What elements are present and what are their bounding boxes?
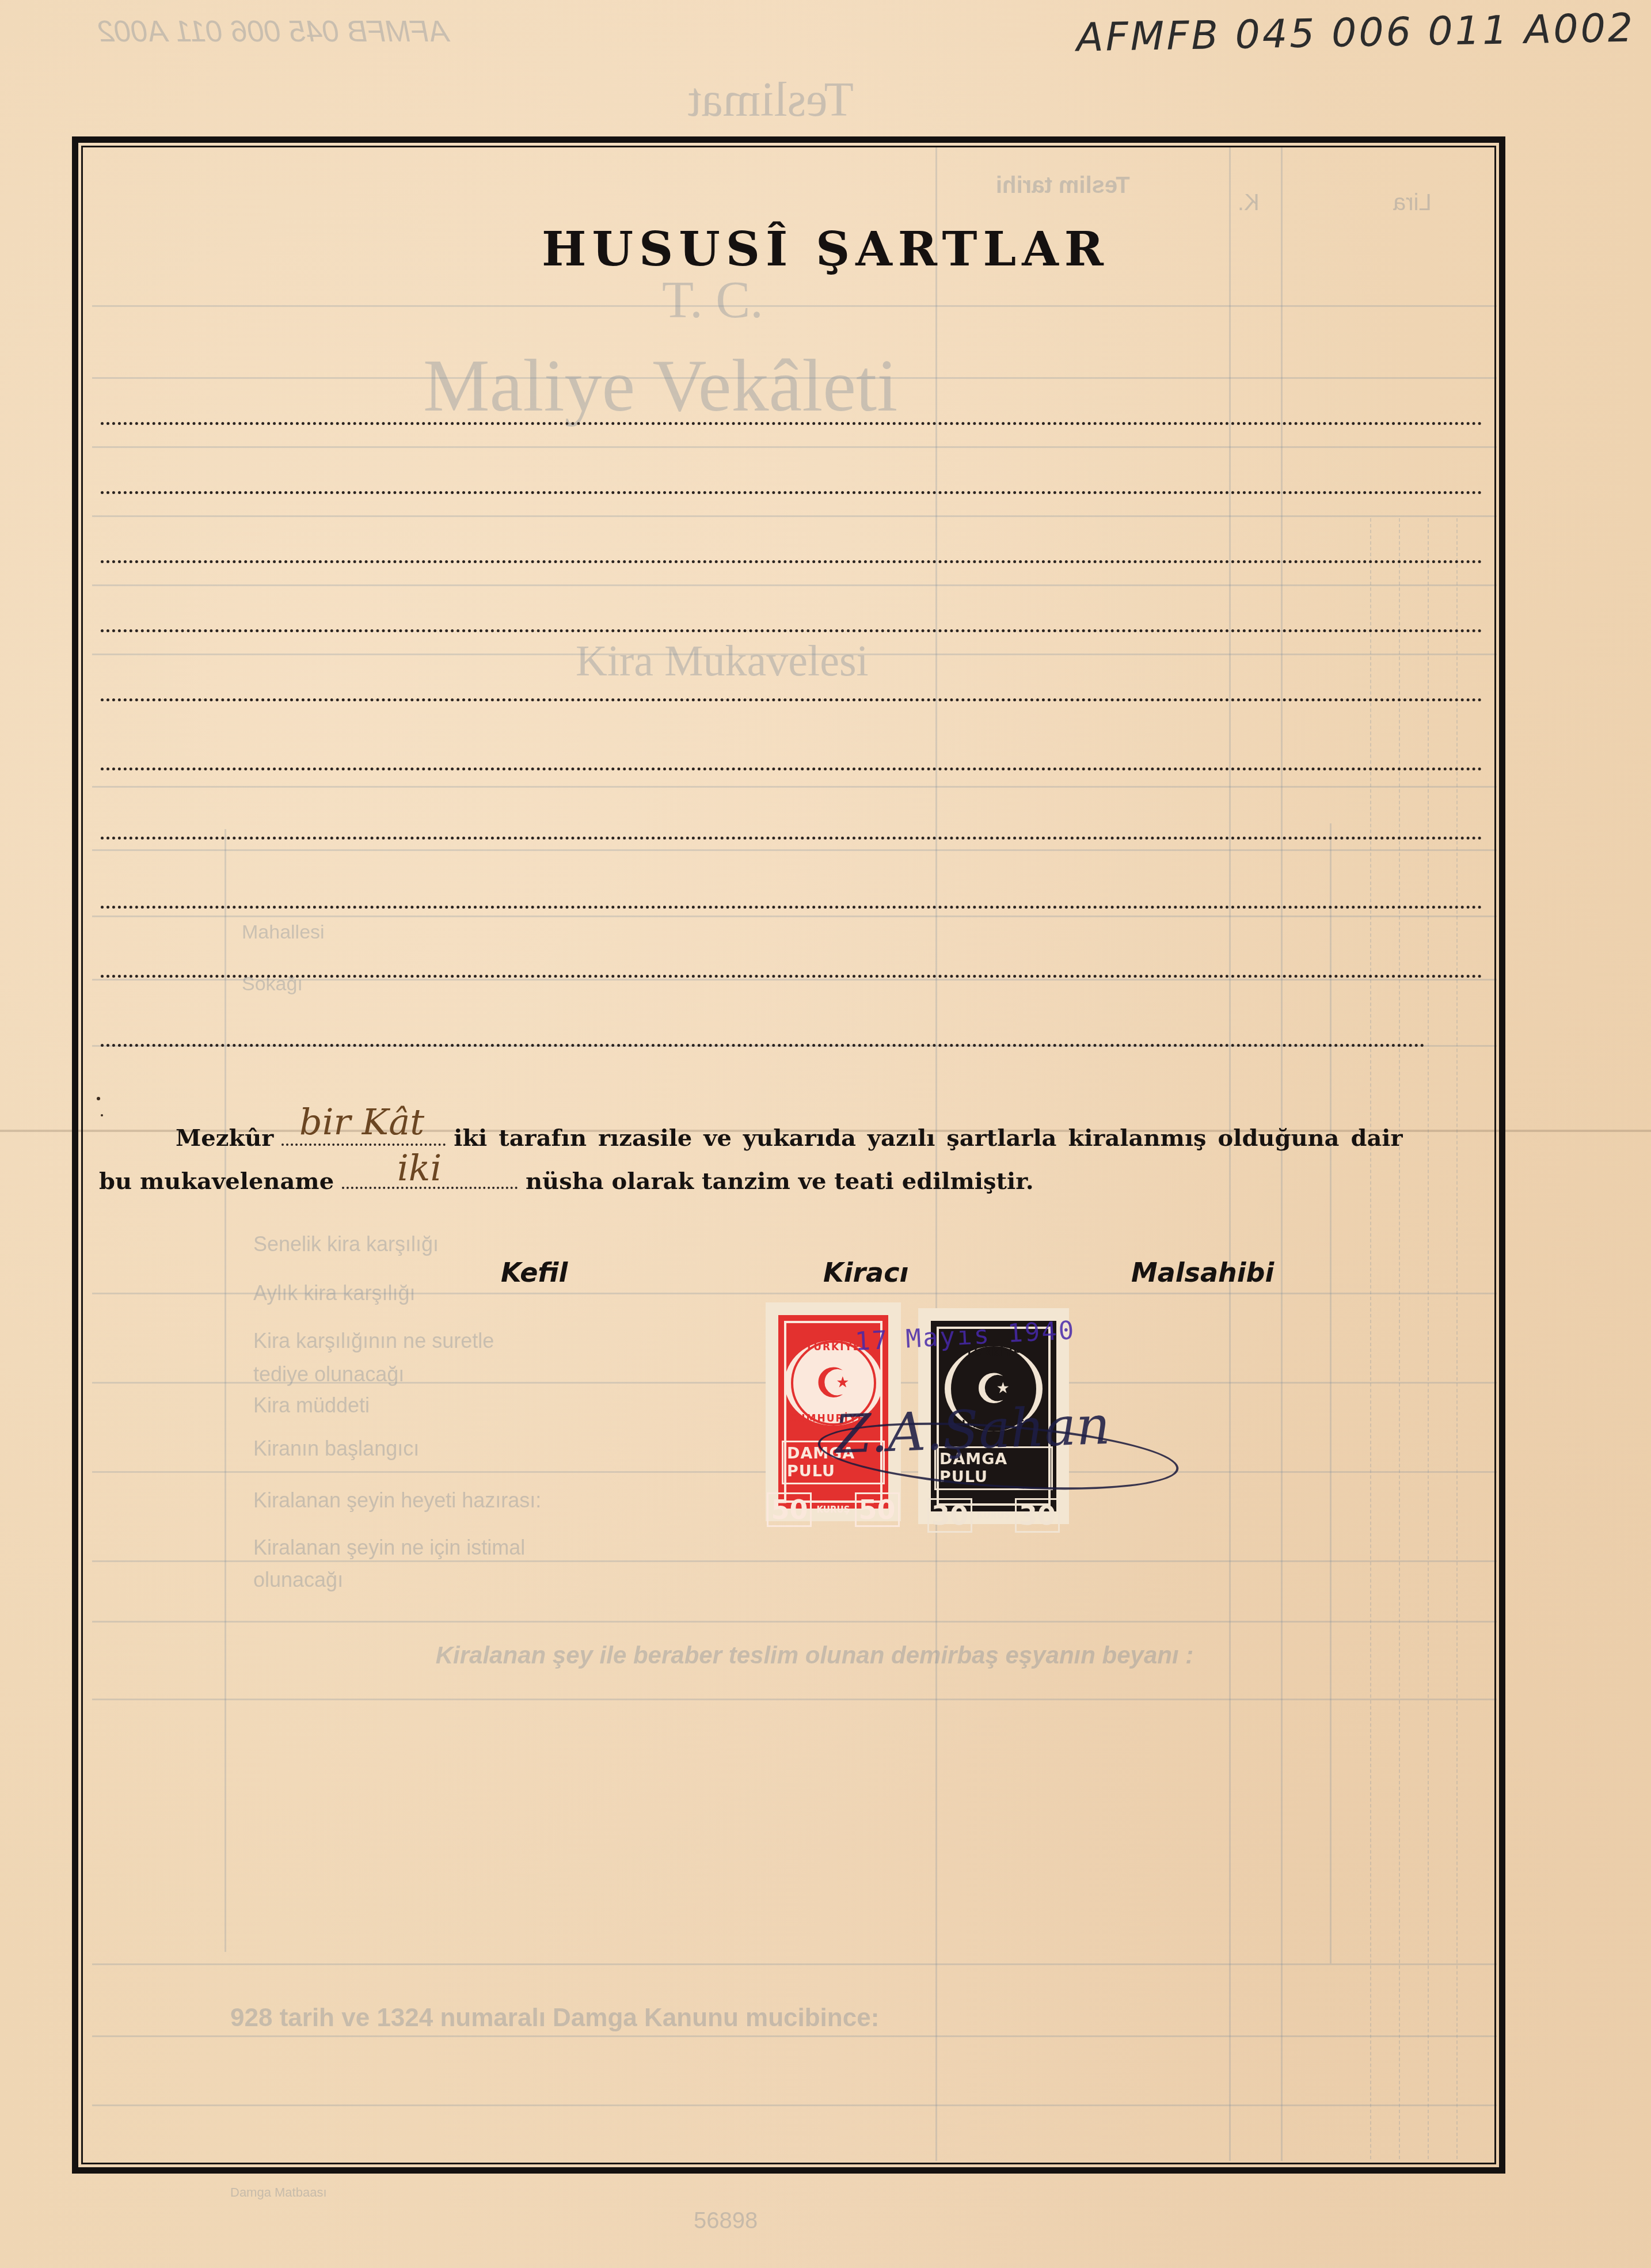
paragraph-text: bu mukavelename bbox=[99, 1168, 334, 1195]
ghost-header-teslimat: Teslimat bbox=[688, 72, 854, 128]
guarantor-label: Kefil bbox=[501, 1257, 568, 1288]
stamp-value-row: 30 KURUŞ 30 bbox=[927, 1498, 1060, 1533]
tenant-signature: Z.A.Şahan bbox=[834, 1395, 1111, 1466]
ink-speck bbox=[97, 1097, 100, 1100]
blank-line bbox=[101, 906, 1482, 909]
paragraph-text: nüsha olarak tanzim ve teati edilmiştir. bbox=[526, 1168, 1034, 1195]
stamp-value: 30 bbox=[1015, 1498, 1060, 1533]
blank-line bbox=[101, 560, 1482, 563]
archive-reference-number: AFMFB 045 006 011 A002 bbox=[1076, 6, 1635, 61]
blank-line bbox=[101, 629, 1482, 632]
paragraph-text: Mezkûr bbox=[176, 1124, 273, 1152]
ghost-footer-left: Damga Matbaası bbox=[230, 2185, 327, 2200]
blank-line bbox=[101, 975, 1482, 978]
stamp-unit: KURUŞ bbox=[816, 1505, 850, 1515]
tenant-label: Kiracı bbox=[823, 1257, 908, 1288]
page-frame-inner bbox=[81, 146, 1496, 2164]
blank-line bbox=[101, 1044, 1425, 1047]
stamp-value: 50 bbox=[767, 1492, 812, 1527]
blank-line bbox=[101, 422, 1482, 425]
stamp-value: 30 bbox=[927, 1498, 972, 1533]
closing-paragraph-line-2: bu mukavelename nüsha olarak tanzim ve t… bbox=[99, 1166, 1034, 1195]
blank-line bbox=[101, 698, 1482, 701]
ghost-footer-number: 56898 bbox=[694, 2208, 758, 2234]
owner-label: Malsahibi bbox=[1131, 1257, 1274, 1288]
handwritten-copy-count: iki bbox=[397, 1147, 442, 1189]
paragraph-text: iki tarafın rızasile ve yukarıda yazılı … bbox=[454, 1124, 1402, 1152]
handwritten-subject: bir Kât bbox=[299, 1101, 424, 1143]
blank-line bbox=[101, 768, 1482, 770]
stamp-value-row: 50 KURUŞ 50 bbox=[767, 1492, 899, 1527]
ghost-archive-id: AFMFB 045 006 011 A002 bbox=[98, 14, 449, 49]
ink-speck bbox=[101, 1114, 103, 1116]
stamp-unit: KURUŞ bbox=[977, 1510, 1010, 1521]
blank-line bbox=[101, 491, 1482, 494]
blank-line bbox=[101, 837, 1482, 839]
stamp-value: 50 bbox=[855, 1492, 900, 1527]
document-title: HUSUSÎ ŞARTLAR bbox=[0, 222, 1651, 277]
